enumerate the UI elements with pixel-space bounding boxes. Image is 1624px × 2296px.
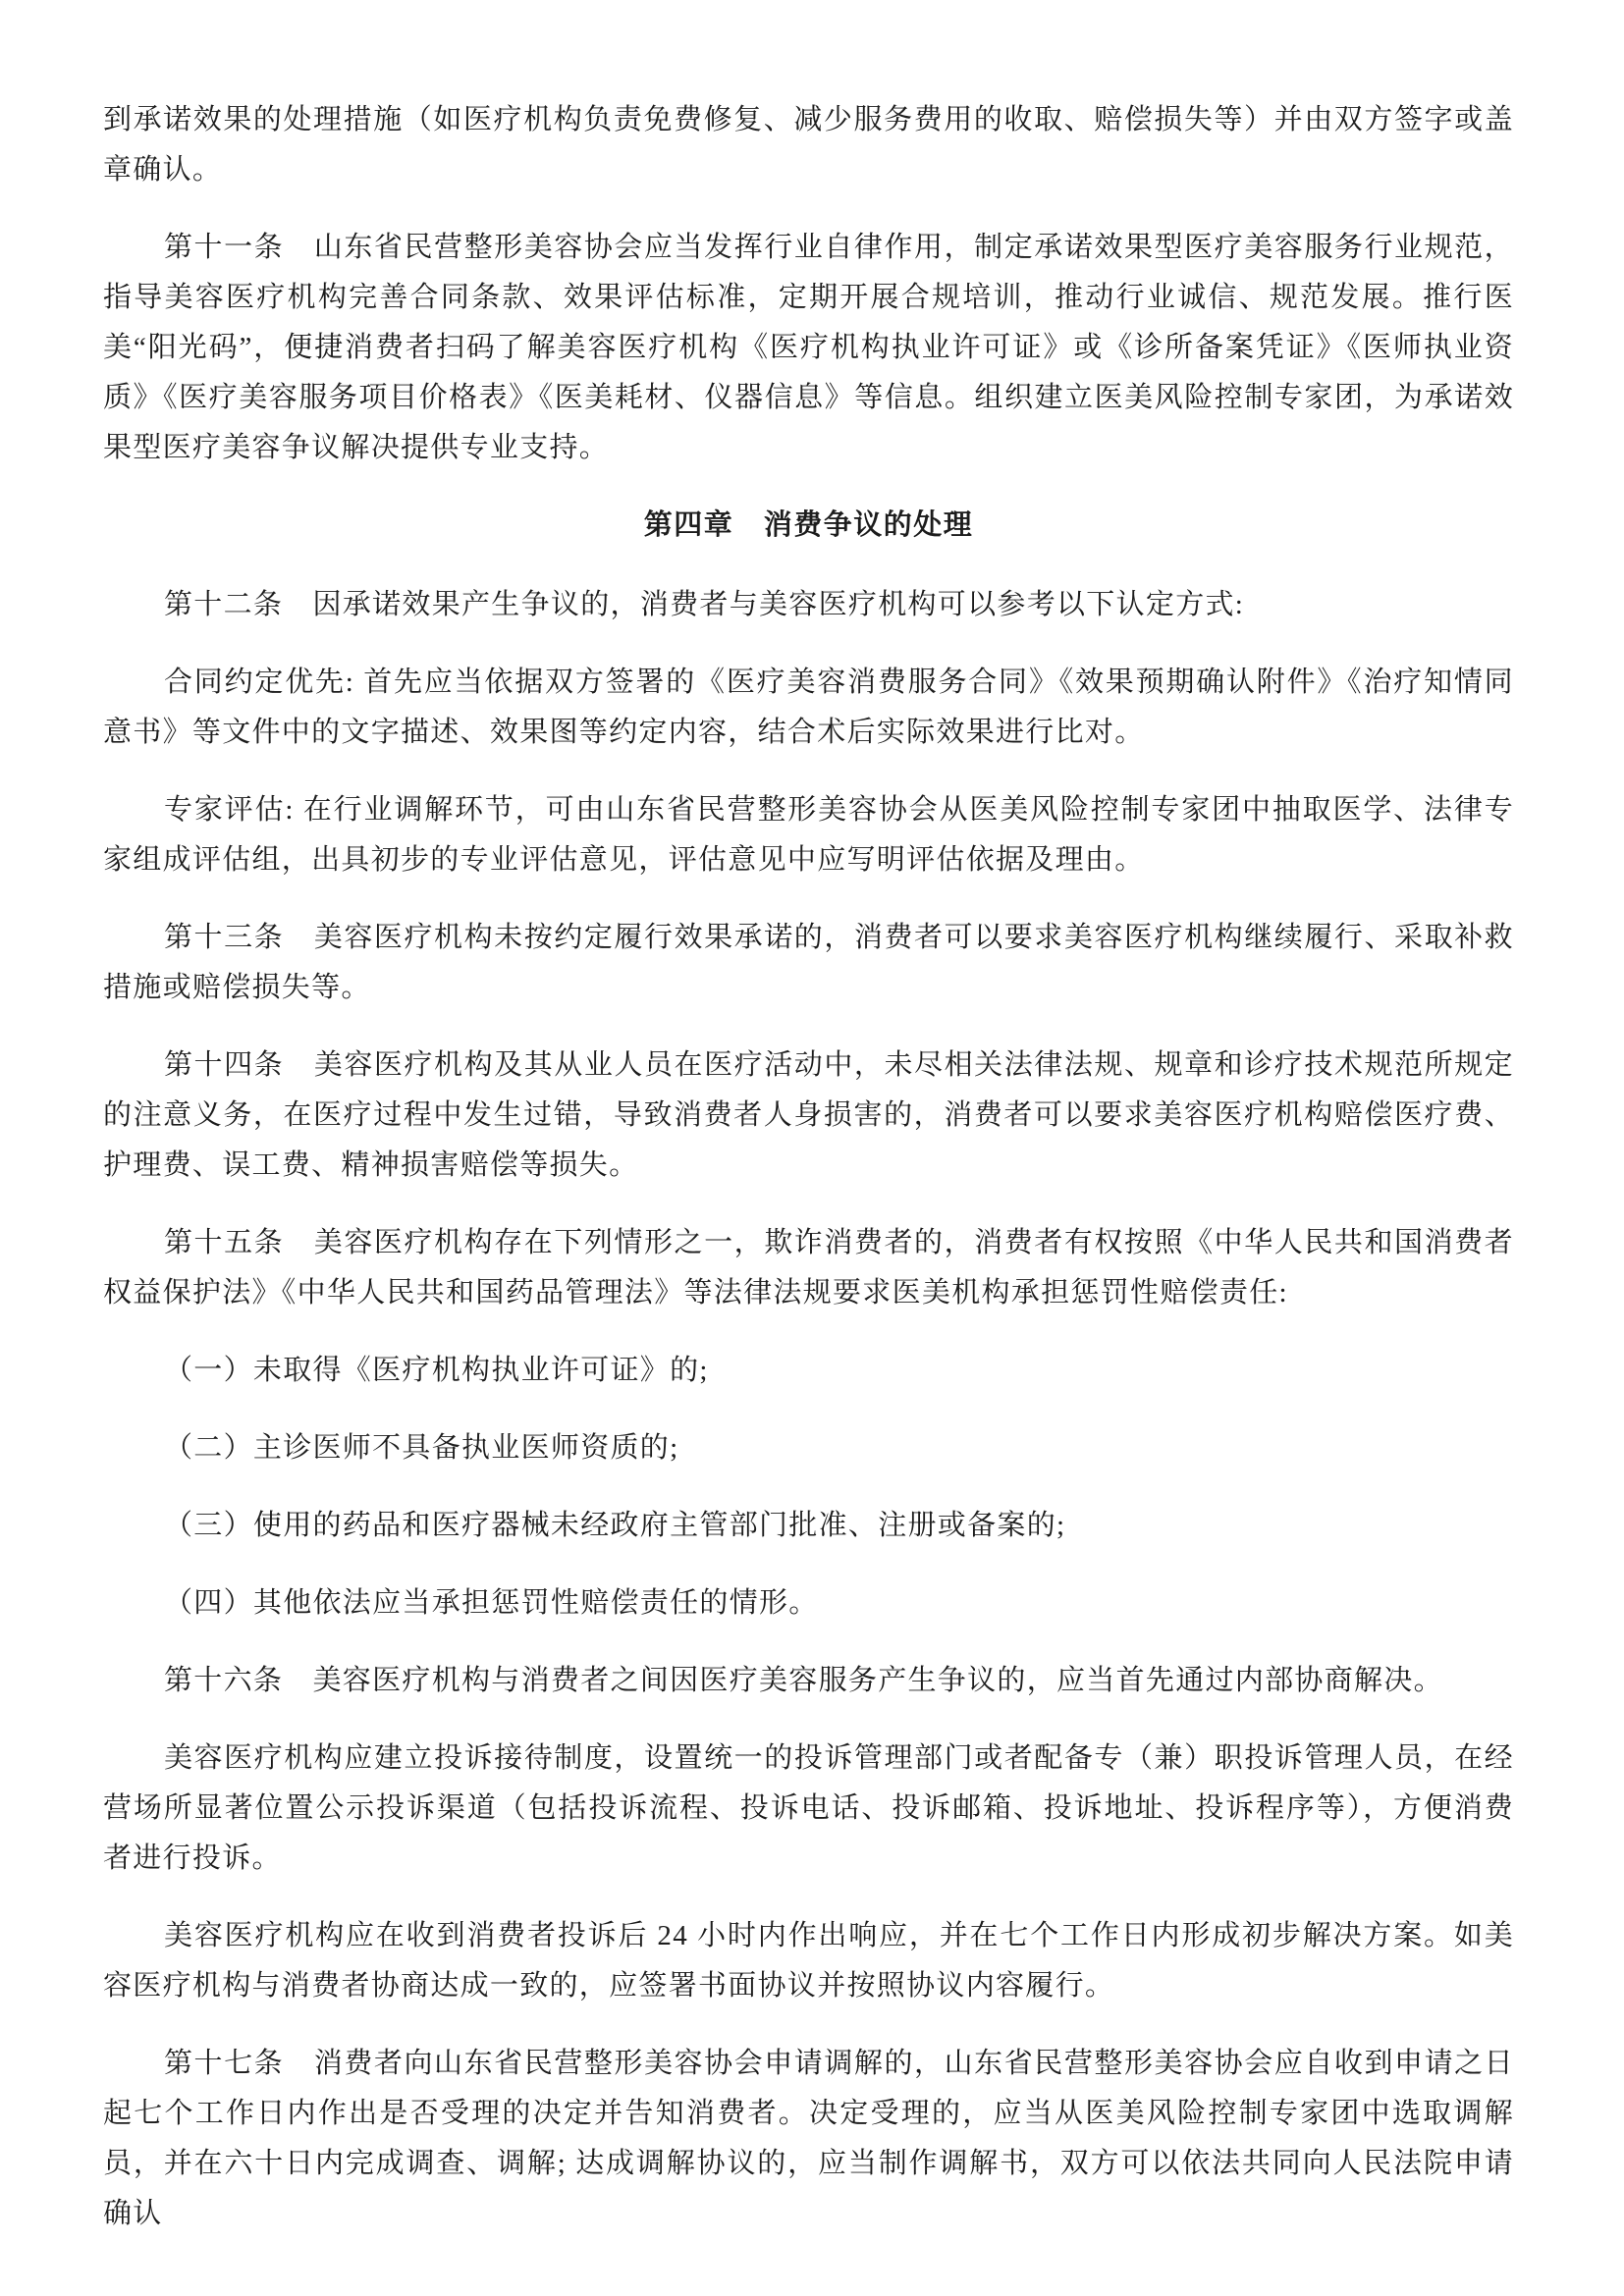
article-16-paragraph: 第十六条 美容医疗机构与消费者之间因医疗美容服务产生争议的，应当首先通过内部协商… xyxy=(103,1656,1514,1706)
clause-item-4: （四）其他依法应当承担惩罚性赔偿责任的情形。 xyxy=(103,1578,1514,1629)
complaint-system-paragraph: 美容医疗机构应建立投诉接待制度，设置统一的投诉管理部门或者配备专（兼）职投诉管理… xyxy=(103,1734,1514,1884)
article-17-paragraph: 第十七条 消费者向山东省民营整形美容协会申请调解的，山东省民营整形美容协会应自收… xyxy=(103,2039,1514,2239)
document-page: 到承诺效果的处理措施（如医疗机构负责免费修复、减少服务费用的收取、赔偿损失等）并… xyxy=(0,0,1624,2296)
clause-item-2: （二）主诊医师不具备执业医师资质的; xyxy=(103,1423,1514,1473)
contract-priority-paragraph: 合同约定优先: 首先应当依据双方签署的《医疗美容消费服务合同》《效果预期确认附件… xyxy=(103,658,1514,758)
clause-item-1: （一）未取得《医疗机构执业许可证》的; xyxy=(103,1346,1514,1396)
chapter-4-heading: 第四章 消费争议的处理 xyxy=(103,501,1514,551)
clause-item-3: （三）使用的药品和医疗器械未经政府主管部门批准、注册或备案的; xyxy=(103,1501,1514,1551)
complaint-response-paragraph: 美容医疗机构应在收到消费者投诉后 24 小时内作出响应，并在七个工作日内形成初步… xyxy=(103,1911,1514,2011)
article-15-paragraph: 第十五条 美容医疗机构存在下列情形之一，欺诈消费者的，消费者有权按照《中华人民共… xyxy=(103,1218,1514,1318)
article-13-paragraph: 第十三条 美容医疗机构未按约定履行效果承诺的，消费者可以要求美容医疗机构继续履行… xyxy=(103,913,1514,1013)
article-12-paragraph: 第十二条 因承诺效果产生争议的，消费者与美容医疗机构可以参考以下认定方式: xyxy=(103,580,1514,630)
article-14-paragraph: 第十四条 美容医疗机构及其从业人员在医疗活动中，未尽相关法律法规、规章和诊疗技术… xyxy=(103,1041,1514,1191)
paragraph-continuation: 到承诺效果的处理措施（如医疗机构负责免费修复、减少服务费用的收取、赔偿损失等）并… xyxy=(103,95,1514,195)
article-11-paragraph: 第十一条 山东省民营整形美容协会应当发挥行业自律作用，制定承诺效果型医疗美容服务… xyxy=(103,223,1514,473)
expert-assessment-paragraph: 专家评估: 在行业调解环节，可由山东省民营整形美容协会从医美风险控制专家团中抽取… xyxy=(103,785,1514,885)
